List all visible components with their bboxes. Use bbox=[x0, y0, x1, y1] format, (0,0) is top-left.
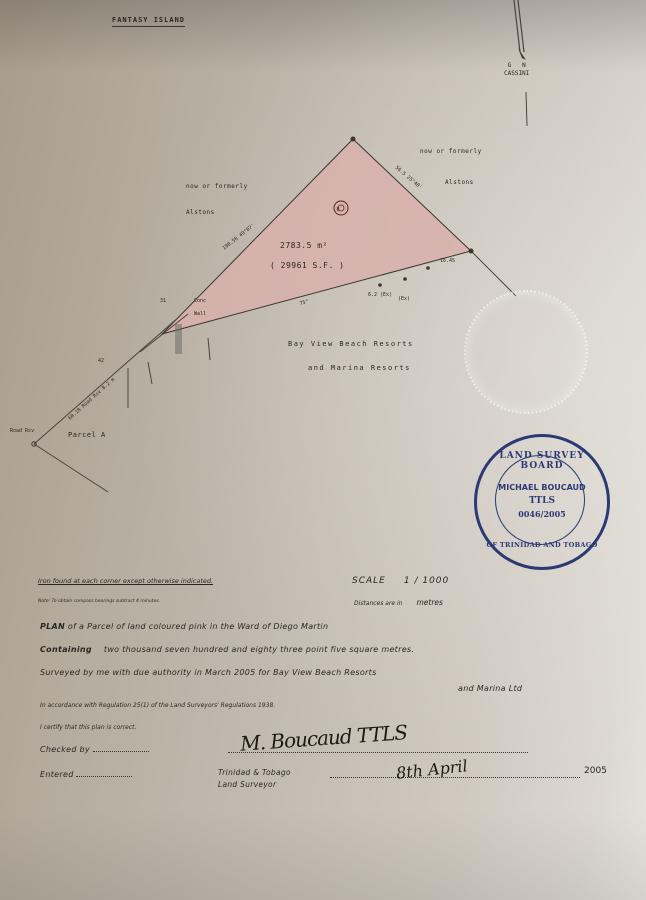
plan-description-line: PLAN of a Parcel of land coloured pink i… bbox=[40, 622, 328, 631]
date-line bbox=[330, 777, 580, 778]
svg-text:B: B bbox=[336, 207, 339, 213]
scale-label: SCALE1 / 1000 bbox=[352, 576, 449, 586]
svg-text:2783.5 m²: 2783.5 m² bbox=[280, 241, 328, 250]
certify-line: I certify that this plan is correct. bbox=[40, 724, 136, 731]
svg-text:Bay View Beach Resorts: Bay View Beach Resorts bbox=[288, 340, 414, 348]
svg-text:(Ex): (Ex) bbox=[398, 296, 410, 302]
land-survey-board-stamp: LAND SURVEY BOARD MICHAEL BOUCAUD TTLS 0… bbox=[474, 434, 610, 570]
surveyed-line: Surveyed by me with due authority in Mar… bbox=[40, 668, 377, 677]
iron-note: Iron found at each corner except otherwi… bbox=[38, 577, 213, 585]
surveyor-title-2: Land Surveyor bbox=[218, 780, 276, 789]
svg-text:6.2 (Ex): 6.2 (Ex) bbox=[368, 292, 392, 298]
svg-text:31: 31 bbox=[160, 298, 166, 304]
svg-text:now or formerly: now or formerly bbox=[186, 183, 248, 190]
svg-text:42: 42 bbox=[98, 358, 104, 364]
surveyed-line-cont: and Marina Ltd bbox=[458, 684, 522, 693]
year: 2005 bbox=[584, 766, 607, 776]
parcel-polygon bbox=[162, 139, 471, 334]
svg-text:Wall: Wall bbox=[194, 311, 206, 317]
svg-text:and Marina Resorts: and Marina Resorts bbox=[308, 364, 411, 372]
distance-units: Distances are inmetres bbox=[354, 598, 443, 607]
svg-text:Alstons: Alstons bbox=[445, 179, 474, 186]
regulation-line: In accordance with Regulation 25(1) of t… bbox=[40, 702, 275, 709]
svg-text:( 29961 S.F. ): ( 29961 S.F. ) bbox=[270, 261, 344, 270]
svg-text:now or formerly: now or formerly bbox=[420, 148, 482, 155]
bearing-note: Note: To obtain compass bearings subtrac… bbox=[38, 599, 160, 604]
entered: Entered bbox=[40, 770, 132, 779]
svg-text:75°: 75° bbox=[299, 299, 309, 307]
svg-text:Alstons: Alstons bbox=[186, 209, 215, 216]
containing-line: Containingtwo thousand seven hundred and… bbox=[40, 645, 414, 654]
svg-text:16.45: 16.45 bbox=[440, 258, 455, 264]
svg-text:Conc: Conc bbox=[194, 298, 206, 304]
surveyor-title-1: Trinidad & Tobago bbox=[218, 768, 291, 777]
svg-text:Road Rsv: Road Rsv bbox=[10, 428, 34, 434]
svg-text:Parcel A: Parcel A bbox=[68, 431, 106, 439]
checked-by: Checked by bbox=[40, 745, 149, 754]
svg-text:60.18 Road Rsv 8.2 m: 60.18 Road Rsv 8.2 m bbox=[67, 377, 116, 422]
embossed-seal bbox=[464, 290, 588, 414]
